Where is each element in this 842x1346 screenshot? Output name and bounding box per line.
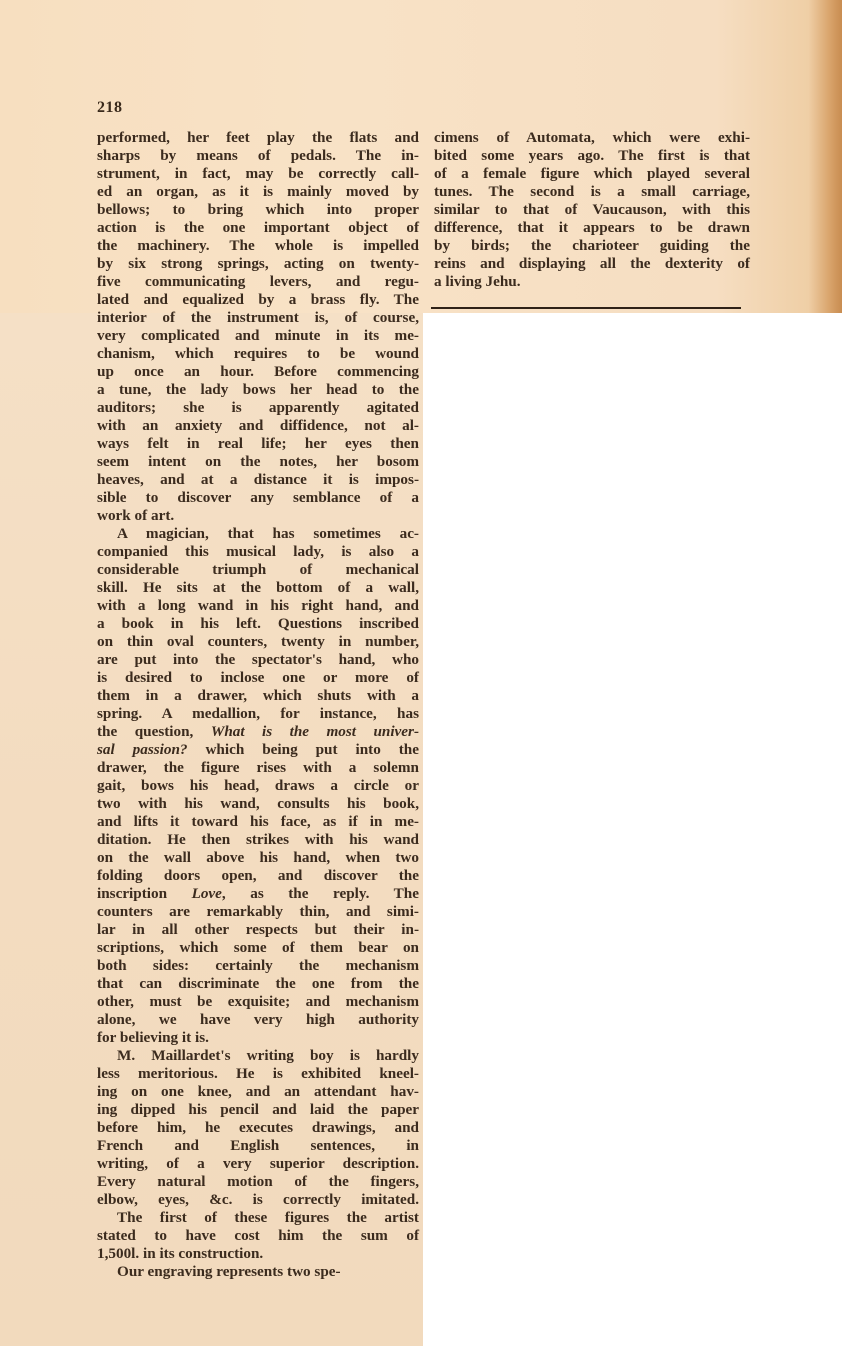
text-line: ed an organ, as it is mainly moved by: [97, 183, 419, 201]
text-line: French and English sentences, in: [97, 1137, 419, 1155]
text-line: companied this musical lady, is also a: [97, 543, 419, 561]
text-line: and lifts it toward his face, as if in m…: [97, 813, 419, 831]
text-line: ditation. He then strikes with his wand: [97, 831, 419, 849]
text-line: work of art.: [97, 507, 419, 525]
text-line: both sides: certainly the mechanism: [97, 957, 419, 975]
text-line: up once an hour. Before commencing: [97, 363, 419, 381]
text-line: with a long wand in his right hand, and: [97, 597, 419, 615]
text-line: tunes. The second is a small carriage,: [434, 183, 750, 201]
text-line: M. Maillardet's writing boy is hardly: [97, 1047, 419, 1065]
text-line: sal passion? which being put into the: [97, 741, 419, 759]
text-line: writing, of a very superior description.: [97, 1155, 419, 1173]
text-line: drawer, the figure rises with a solemn: [97, 759, 419, 777]
text-line: inscription Love, as the reply. The: [97, 885, 419, 903]
text-line: 1,500l. in its construction.: [97, 1245, 419, 1263]
text-line: lated and equalized by a brass fly. The: [97, 291, 419, 309]
text-run: which being put into the: [188, 741, 419, 758]
text-line: The first of these figures the artist: [97, 1209, 419, 1227]
text-line: bited some years ago. The first is that: [434, 147, 750, 165]
text-line: on the wall above his hand, when two: [97, 849, 419, 867]
text-line: interior of the instrument is, of course…: [97, 309, 419, 327]
text-line: of a female figure which played several: [434, 165, 750, 183]
text-line: very complicated and minute in its me-: [97, 327, 419, 345]
text-line: gait, bows his head, draws a circle or: [97, 777, 419, 795]
text-line: on thin oval counters, twenty in number,: [97, 633, 419, 651]
text-line: that can discriminate the one from the: [97, 975, 419, 993]
text-line: seem intent on the notes, her bosom: [97, 453, 419, 471]
text-line: reins and displaying all the dexterity o…: [434, 255, 750, 273]
text-line: ing dipped his pencil and laid the paper: [97, 1101, 419, 1119]
text-line: other, must be exquisite; and mechanism: [97, 993, 419, 1011]
italic-text-run: What is the most univer-: [211, 723, 419, 740]
text-line: lar in all other respects but their in-: [97, 921, 419, 939]
text-line: a book in his left. Questions inscribed: [97, 615, 419, 633]
text-line: ing on one knee, and an attendant hav-: [97, 1083, 419, 1101]
text-line: spring. A medallion, for instance, has: [97, 705, 419, 723]
text-line: by six strong springs, acting on twenty-: [97, 255, 419, 273]
text-line: ways felt in real life; her eyes then: [97, 435, 419, 453]
text-line: them in a drawer, which shuts with a: [97, 687, 419, 705]
text-line: stated to have cost him the sum of: [97, 1227, 419, 1245]
text-line: two with his wand, consults his book,: [97, 795, 419, 813]
italic-text-run: Love: [192, 885, 222, 902]
page-number: 218: [97, 99, 123, 117]
text-line: considerable triumph of mechanical: [97, 561, 419, 579]
text-line: by birds; the charioteer guiding the: [434, 237, 750, 255]
text-run: inscription: [97, 885, 192, 902]
text-line: five communicating levers, and regu-: [97, 273, 419, 291]
text-line: heaves, and at a distance it is impos-: [97, 471, 419, 489]
text-line: less meritorious. He is exhibited kneel-: [97, 1065, 419, 1083]
text-line: before him, he executes drawings, and: [97, 1119, 419, 1137]
text-line: bellows; to bring which into proper: [97, 201, 419, 219]
text-line: is desired to inclose one or more of: [97, 669, 419, 687]
text-line: are put into the spectator's hand, who: [97, 651, 419, 669]
text-line: skill. He sits at the bottom of a wall,: [97, 579, 419, 597]
text-line: sharps by means of pedals. The in-: [97, 147, 419, 165]
section-divider-rule: [431, 307, 741, 309]
text-line: the question, What is the most univer-: [97, 723, 419, 741]
right-text-column: cimens of Automata, which were exhi-bite…: [434, 129, 750, 291]
text-line: folding doors open, and discover the: [97, 867, 419, 885]
text-line: Our engraving represents two spe-: [97, 1263, 419, 1281]
text-line: Every natural motion of the fingers,: [97, 1173, 419, 1191]
text-line: counters are remarkably thin, and simi-: [97, 903, 419, 921]
text-line: elbow, eyes, &c. is correctly imitated.: [97, 1191, 419, 1209]
left-text-column: performed, her feet play the flats andsh…: [97, 129, 419, 1281]
text-line: performed, her feet play the flats and: [97, 129, 419, 147]
text-line: a living Jehu.: [434, 273, 750, 291]
text-line: sible to discover any semblance of a: [97, 489, 419, 507]
text-line: action is the one important object of: [97, 219, 419, 237]
text-line: a tune, the lady bows her head to the: [97, 381, 419, 399]
text-line: cimens of Automata, which were exhi-: [434, 129, 750, 147]
text-line: scriptions, which some of them bear on: [97, 939, 419, 957]
text-run: , as the reply. The: [222, 885, 419, 902]
text-run: the question,: [97, 723, 211, 740]
text-line: difference, that it appears to be drawn: [434, 219, 750, 237]
text-line: the machinery. The whole is impelled: [97, 237, 419, 255]
text-line: A magician, that has sometimes ac-: [97, 525, 419, 543]
text-line: similar to that of Vaucauson, with this: [434, 201, 750, 219]
text-line: strument, in fact, may be correctly call…: [97, 165, 419, 183]
text-line: for believing it is.: [97, 1029, 419, 1047]
text-line: with an anxiety and diffidence, not al-: [97, 417, 419, 435]
text-line: auditors; she is apparently agitated: [97, 399, 419, 417]
text-line: chanism, which requires to be wound: [97, 345, 419, 363]
text-line: alone, we have very high authority: [97, 1011, 419, 1029]
italic-text-run: sal passion?: [97, 741, 188, 758]
